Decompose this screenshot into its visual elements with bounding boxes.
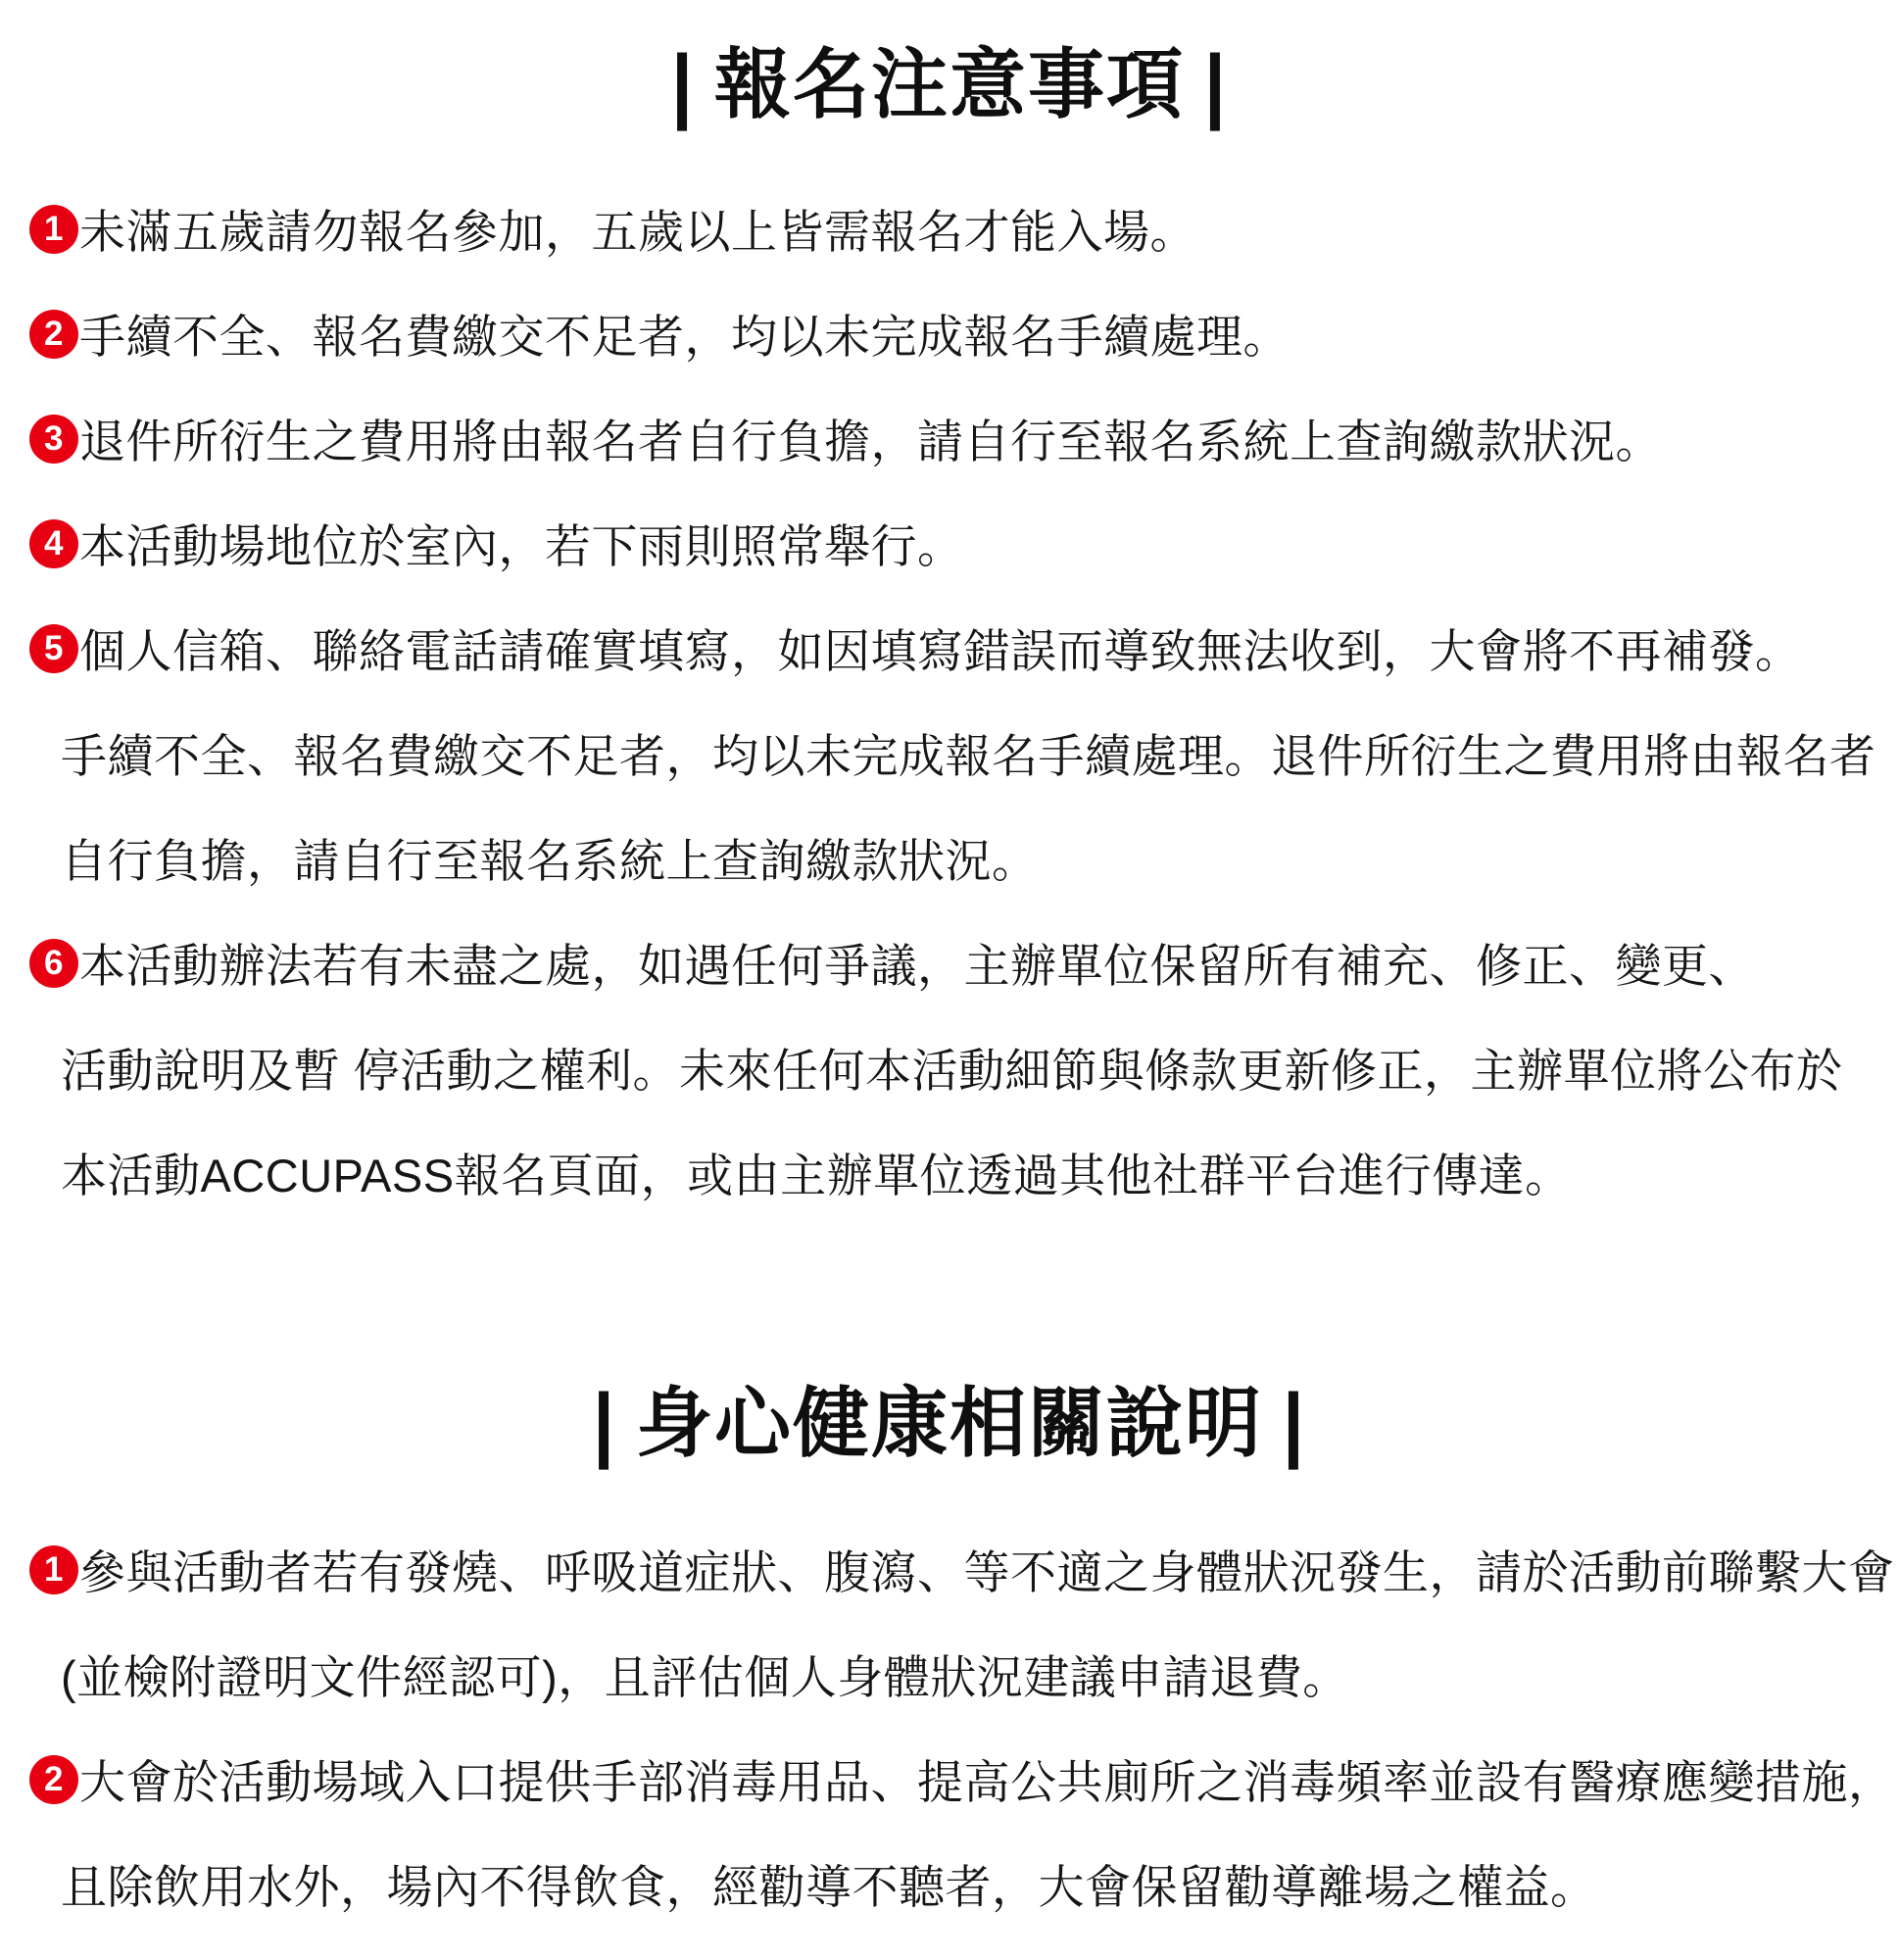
section-title-health: |身心健康相關說明| [0,1374,1899,1472]
notice-text: 大會於活動場域入口提供手部消毒用品、提高公共廁所之消毒頻率並設有醫療應變措施， [79,1746,1895,1812]
notice-text: 退件所衍生之費用將由報名者自行負擔，請自行至報名系統上查詢繳款狀況。 [79,406,1662,471]
title-bar-right: | [1283,1370,1306,1476]
notice-text: 本活動辦法若有未盡之處，如遇任何爭議，主辦單位保留所有補充、修正、變更、 [79,930,1755,996]
item-number-badge: 2 [29,1755,78,1804]
notice-item-3: 3 退件所衍生之費用將由報名者自行負擔，請自行至報名系統上查詢繳款狀況。 [0,386,1899,491]
item-number-badge: 5 [29,624,78,673]
notice-text: 未滿五歲請勿報名參加，五歲以上皆需報名才能入場。 [79,196,1196,262]
notice-item-6-continuation: 活動說明及暫 停活動之權利。未來任何本活動細節與條款更新修正，主辦單位將公布於 [0,1015,1899,1120]
item-number-badge: 1 [29,1545,78,1594]
notice-item-5: 5 個人信箱、聯絡電話請確實填寫，如因填寫錯誤而導致無法收到，大會將不再補發。 [0,596,1899,701]
item-number-badge: 4 [29,519,78,568]
section-title-text: 報名注意事項 [714,41,1185,127]
item-number-badge: 2 [29,310,78,359]
notice-item-5-continuation: 手續不全、報名費繳交不足者，均以未完成報名手續處理。退件所衍生之費用將由報名者 [0,701,1899,806]
registration-notice-list: 1 未滿五歲請勿報名參加，五歲以上皆需報名才能入場。 2 手續不全、報名費繳交不… [0,176,1899,1225]
notice-text: 手續不全、報名費繳交不足者，均以未完成報名手續處理。 [79,301,1290,367]
notice-text: 參與活動者若有發燒、呼吸道症狀、腹瀉、等不適之身體狀況發生，請於活動前聯繫大會 [79,1537,1895,1602]
health-notice-list: 1 參與活動者若有發燒、呼吸道症狀、腹瀉、等不適之身體狀況發生，請於活動前聯繫大… [0,1517,1899,1936]
notice-text: 且除飲用水外，場內不得飲食，經勸導不聽者，大會保留勸導離場之權益。 [61,1851,1597,1917]
health-item-1-continuation: (並檢附證明文件經認可)，且評估個人身體狀況建議申請退費。 [0,1622,1899,1727]
notice-item-6: 6 本活動辦法若有未盡之處，如遇任何爭議，主辦單位保留所有補充、修正、變更、 [0,910,1899,1015]
notice-item-1: 1 未滿五歲請勿報名參加，五歲以上皆需報名才能入場。 [0,176,1899,281]
title-bar-right: | [1204,31,1228,137]
notice-text: 自行負擔，請自行至報名系統上查詢繳款狀況。 [61,825,1039,891]
notice-text: 本活動場地位於室內，若下雨則照常舉行。 [79,511,964,576]
notice-item-6-continuation: 本活動ACCUPASS報名頁面，或由主辦單位透過其他社群平台進行傳達。 [0,1120,1899,1225]
notice-text: 個人信箱、聯絡電話請確實填寫，如因填寫錯誤而導致無法收到，大會將不再補發。 [79,615,1802,681]
item-number-badge: 6 [29,939,78,988]
notice-text: 活動說明及暫 停活動之權利。未來任何本活動細節與條款更新修正，主辦單位將公布於 [61,1035,1843,1101]
notice-item-2: 2 手續不全、報名費繳交不足者，均以未完成報名手續處理。 [0,281,1899,386]
notice-text: (並檢附證明文件經認可)，且評估個人身體狀況建議申請退費。 [61,1641,1349,1707]
item-number-badge: 3 [29,415,78,464]
title-bar-left: | [593,1370,616,1476]
notice-text: 本活動ACCUPASS報名頁面，或由主辦單位透過其他社群平台進行傳達。 [61,1140,1572,1205]
notice-item-4: 4 本活動場地位於室內，若下雨則照常舉行。 [0,491,1899,596]
notice-text: 手續不全、報名費繳交不足者，均以未完成報名手續處理。退件所衍生之費用將由報名者 [61,720,1876,786]
notice-item-5-continuation: 自行負擔，請自行至報名系統上查詢繳款狀況。 [0,806,1899,910]
notice-poster: |報名注意事項| 1 未滿五歲請勿報名參加，五歲以上皆需報名才能入場。 2 手續… [0,0,1899,1960]
health-item-1: 1 參與活動者若有發燒、呼吸道症狀、腹瀉、等不適之身體狀況發生，請於活動前聯繫大… [0,1517,1899,1622]
health-item-2-continuation: 且除飲用水外，場內不得飲食，經勸導不聽者，大會保留勸導離場之權益。 [0,1832,1899,1936]
item-number-badge: 1 [29,205,78,254]
section-title-text: 身心健康相關說明 [636,1380,1263,1466]
title-bar-left: | [671,31,695,137]
health-item-2: 2 大會於活動場域入口提供手部消毒用品、提高公共廁所之消毒頻率並設有醫療應變措施… [0,1727,1899,1832]
section-title-registration: |報名注意事項| [0,0,1899,133]
